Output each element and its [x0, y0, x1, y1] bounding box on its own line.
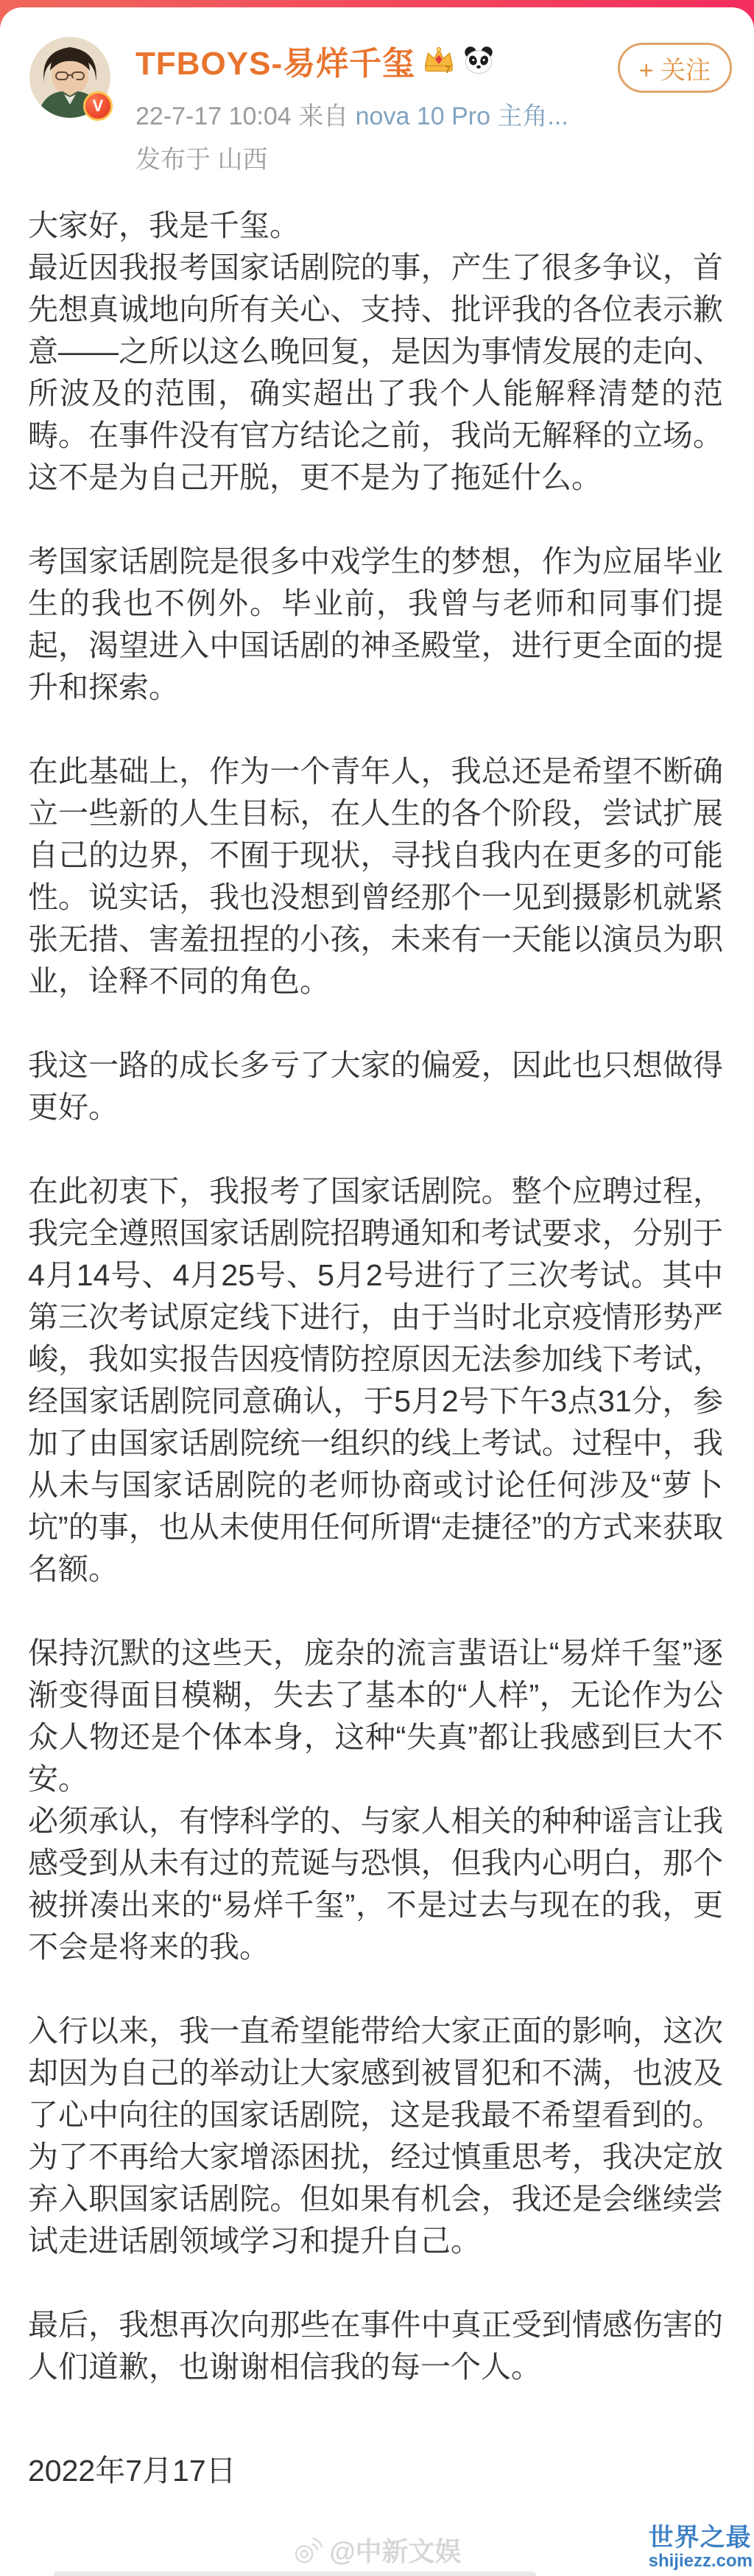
verified-v-badge-icon: V [83, 91, 113, 121]
post-body: 大家好，我是千玺。 最近因我报考国家话剧院的事，产生了很多争议，首先想真诚地向所… [28, 205, 723, 2492]
source-link[interactable]: nova 10 Pro 主角... [356, 102, 568, 130]
header-info: TFBOYS-易烊千玺 7 [135, 37, 618, 175]
center-watermark-text: @中新文娱 [329, 2531, 461, 2569]
follow-button[interactable]: + 关注 [618, 43, 732, 93]
crown-level-number: 7 [445, 64, 451, 74]
username-row: TFBOYS-易烊千玺 7 [135, 37, 618, 84]
location: 发布于 山西 [135, 139, 618, 175]
weibo-post-page: V TFBOYS-易烊千玺 7 [0, 0, 754, 2576]
post-paragraph: 在此基础上，作为一个青年人，我总还是希望不断确立一些新的人生目标，在人生的各个阶… [28, 751, 723, 1003]
source-prefix: 来自 [298, 102, 348, 130]
post-meta: 22-7-17 10:04 来自 nova 10 Pro 主角... [135, 96, 618, 132]
weibo-eye-logo-icon [292, 2535, 323, 2566]
post-paragraph: 最后，我想再次向那些在事件中真正受到情感伤害的人们道歉，也谢谢相信我的每一个人。 [28, 2304, 723, 2388]
post-paragraph: 保持沉默的这些天，庞杂的流言蜚语让“易烊千玺”逐渐变得面目模糊，失去了基本的“人… [28, 1632, 723, 1968]
post-card: V TFBOYS-易烊千玺 7 [0, 7, 754, 2576]
site-name: 世界之最 [649, 2525, 753, 2552]
bottom-divider [54, 2572, 536, 2576]
post-paragraph: 在此初衷下，我报考了国家话剧院。整个应聘过程，我完全遵照国家话剧院招聘通知和考试… [28, 1171, 723, 1590]
post-paragraph: 考国家话剧院是很多中戏学生的梦想，作为应届毕业生的我也不例外。毕业前，我曾与老师… [28, 541, 723, 709]
post-paragraph: 大家好，我是千玺。 最近因我报考国家话剧院的事，产生了很多争议，首先想真诚地向所… [28, 205, 723, 499]
post-paragraph: 2022年7月17日 [28, 2450, 723, 2492]
site-watermark: 世界之最 shijiezz.com [649, 2525, 753, 2570]
center-watermark: @中新文娱 [292, 2531, 461, 2569]
panda-icon [462, 46, 495, 75]
post-paragraph: 我这一路的成长多亏了大家的偏爱，因此也只想做得更好。 [28, 1045, 723, 1129]
vip-crown-icon: 7 [423, 46, 455, 74]
post-header: V TFBOYS-易烊千玺 7 [0, 7, 754, 175]
site-domain: shijiezz.com [649, 2552, 753, 2570]
username[interactable]: TFBOYS-易烊千玺 [135, 37, 415, 84]
post-paragraph: 入行以来，我一直希望能带给大家正面的影响，这次却因为自己的举动让大家感到被冒犯和… [28, 2010, 723, 2262]
avatar[interactable]: V [29, 37, 110, 118]
timestamp: 22-7-17 10:04 [135, 102, 292, 130]
